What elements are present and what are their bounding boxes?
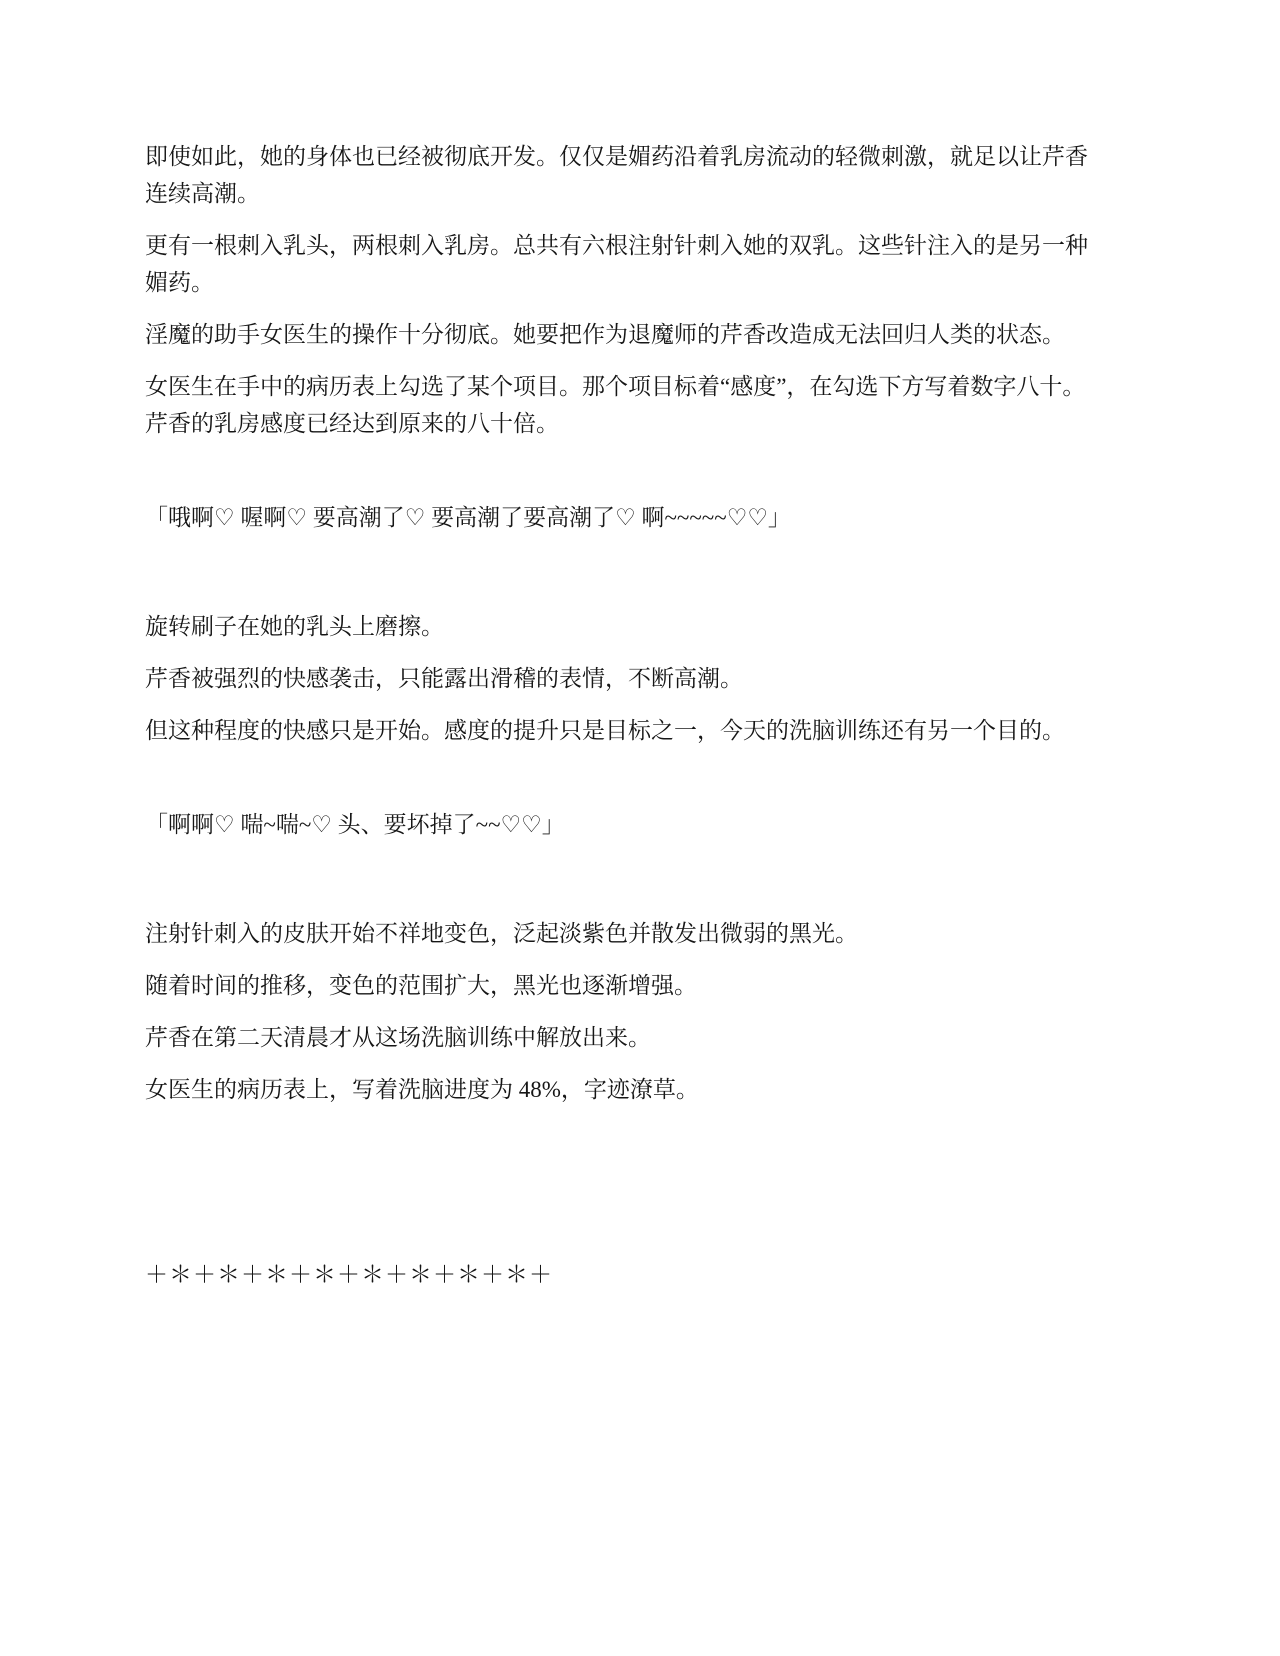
paragraph-5: 旋转刷子在她的乳头上磨擦。 xyxy=(145,608,1090,645)
paragraph-10: 芹香在第二天清晨才从这场洗脑训练中解放出来。 xyxy=(145,1019,1090,1056)
paragraph-3: 淫魔的助手女医生的操作十分彻底。她要把作为退魔师的芹香改造成无法回归人类的状态。 xyxy=(145,316,1090,353)
section-separator: ＋＊＋＊＋＊＋＊＋＊＋＊＋＊＋＊＋ xyxy=(145,1256,1090,1293)
paragraph-8: 注射针刺入的皮肤开始不祥地变色，泛起淡紫色并散发出微弱的黑光。 xyxy=(145,915,1090,952)
paragraph-9: 随着时间的推移，变色的范围扩大，黑光也逐渐增强。 xyxy=(145,967,1090,1004)
paragraph-2: 更有一根刺入乳头，两根刺入乳房。总共有六根注射针刺入她的双乳。这些针注入的是另一… xyxy=(145,227,1090,301)
paragraph-6: 芹香被强烈的快感袭击，只能露出滑稽的表情，不断高潮。 xyxy=(145,660,1090,697)
paragraph-4: 女医生在手中的病历表上勾选了某个项目。那个项目标着“感度”，在勾选下方写着数字八… xyxy=(145,368,1090,442)
document-page: 即使如此，她的身体也已经被彻底开发。仅仅是媚药沿着乳房流动的轻微刺激，就足以让芹… xyxy=(0,0,1280,1656)
dialogue-quote-1: 「哦啊♡ 喔啊♡ 要高潮了♡ 要高潮了要高潮了♡ 啊~~~~~♡♡」 xyxy=(145,499,1090,536)
paragraph-7: 但这种程度的快感只是开始。感度的提升只是目标之一，今天的洗脑训练还有另一个目的。 xyxy=(145,712,1090,749)
paragraph-1: 即使如此，她的身体也已经被彻底开发。仅仅是媚药沿着乳房流动的轻微刺激，就足以让芹… xyxy=(145,138,1090,212)
dialogue-quote-2: 「啊啊♡ 喘~喘~♡ 头、要坏掉了~~♡♡」 xyxy=(145,806,1090,843)
paragraph-11: 女医生的病历表上，写着洗脑进度为 48%，字迹潦草。 xyxy=(145,1071,1090,1108)
document-content: 即使如此，她的身体也已经被彻底开发。仅仅是媚药沿着乳房流动的轻微刺激，就足以让芹… xyxy=(145,138,1090,1293)
